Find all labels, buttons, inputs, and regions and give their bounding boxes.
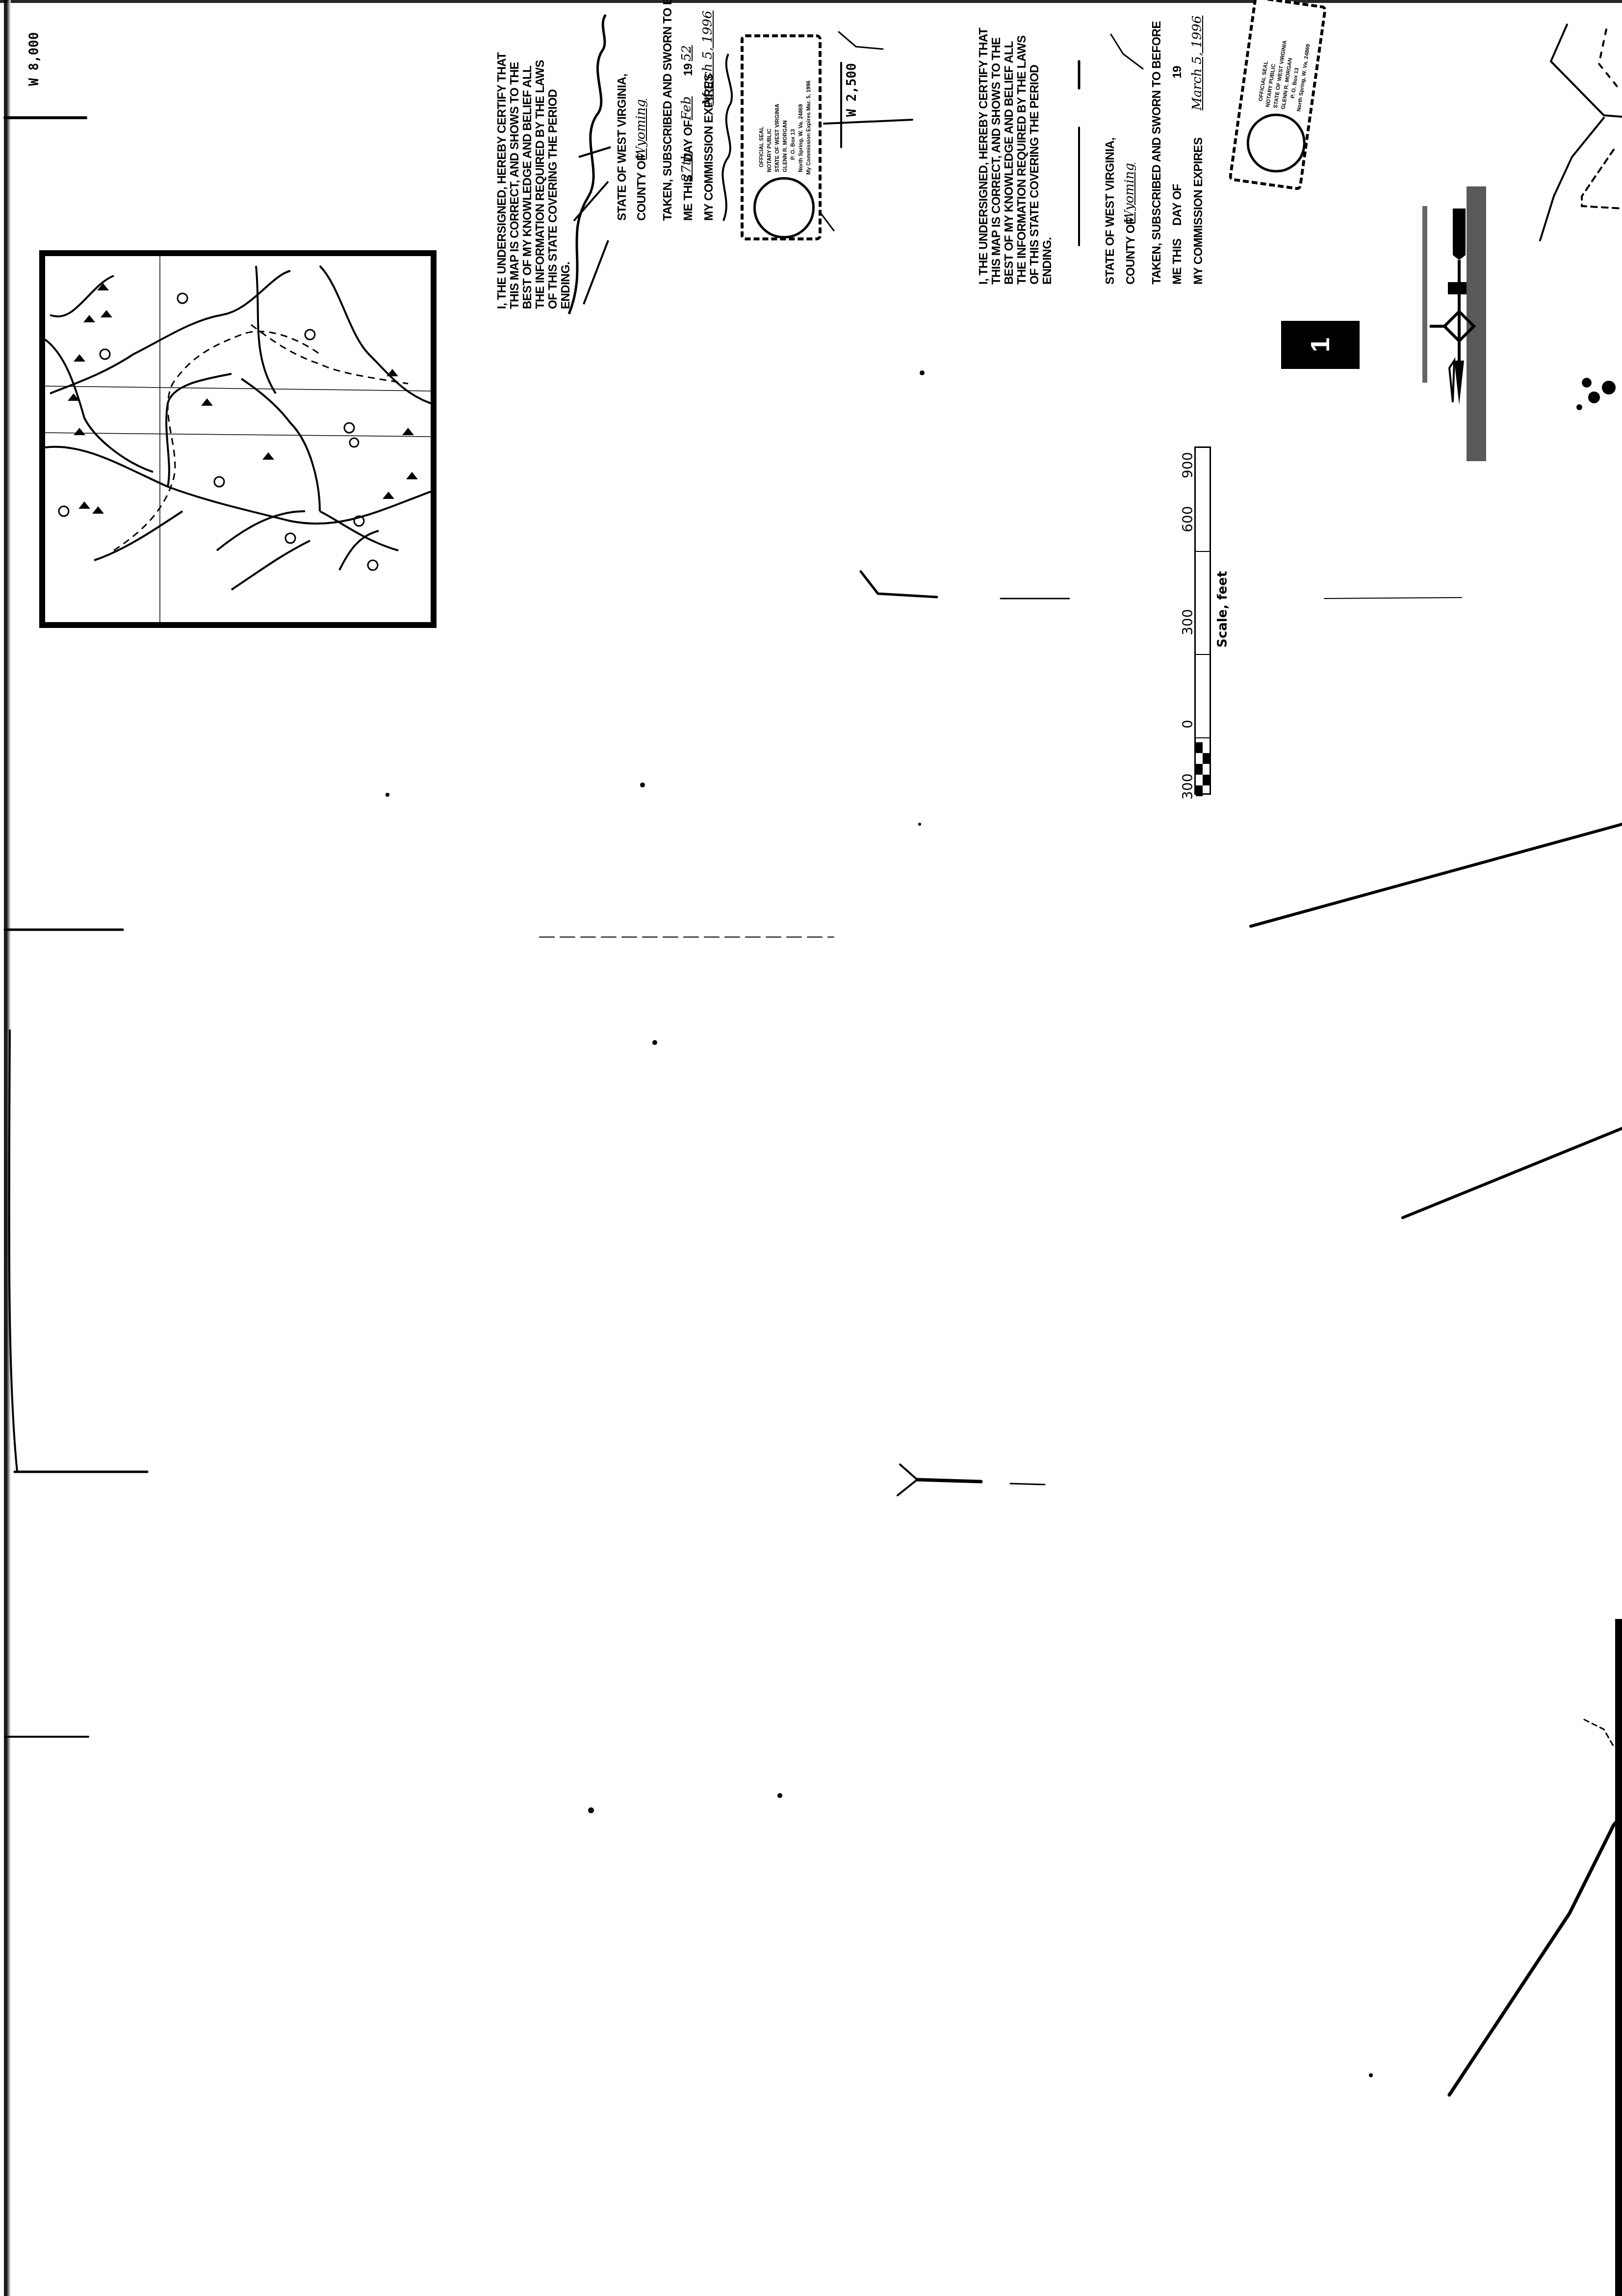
scan-noise xyxy=(0,0,1622,2296)
